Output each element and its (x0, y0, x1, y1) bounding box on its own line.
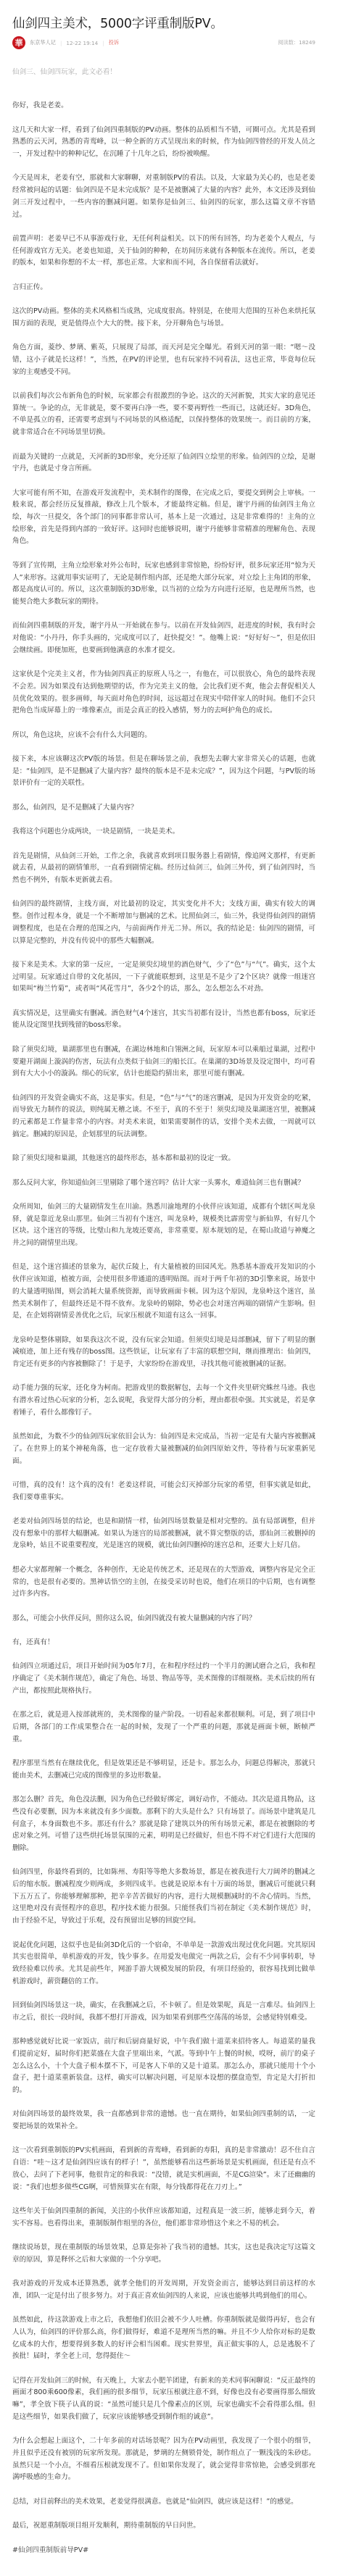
author-avatar[interactable]: 華 (12, 36, 25, 49)
paragraph: 以前我们每次公布新角色的时候，玩家都会有很激烈的争论。这次的天河新貌，其实大家的… (12, 391, 315, 439)
paragraph: 而最为关键的一点就是，天河新的3D形象，充分还原了仙剑四立绘里的形象。仙剑四的立… (12, 451, 315, 475)
paragraph: 这些年关于仙剑四重制的新闻，关注的小伙伴应该都知道，过程真是一波三折，能够走到今… (12, 2206, 315, 2230)
paragraph: 虽然如此，为数不少的仙剑四玩家依旧会认为：仙剑四是未完成品，当初一定是有大量内容… (12, 1431, 315, 1467)
avatar-glyph-icon: 華 (15, 37, 23, 49)
paragraph: 仙剑四的开发资金确实不高，这是事实。但是，“色”与“气”的迷宫删减，是因为开发资… (12, 1093, 315, 1141)
paragraph: 最后，祝愿重制版项目组开发顺利，期待重制版的早日问世。 (12, 2520, 315, 2533)
paragraph: 这一次看到重制版的PV实机画面，看到新的青鸾峰，看到新的寿阳，真的是非常激动！忍… (12, 2145, 315, 2193)
paragraph: 继续说场景，现在重制版的场景效果，总算是弥补了我当初的遗憾。其实，这也是我决定写… (12, 2242, 315, 2266)
paragraph: 我对游戏的开发成本还算熟悉，就孝全他们的开发周期，开发资金而言，能够达到目前这样… (12, 2278, 315, 2302)
paragraph: 但是，这个迷宫描述的景象为，起伏丘陵上，有大量植被的田园风光。熟悉基本游戏开发知… (12, 1262, 315, 1322)
paragraph: 除了须臾幻境和巢湖，其他迷宫的最终形态，基本都和最初的设定一致。 (12, 1153, 315, 1165)
paragraph: 动手能力强的玩家，还化身为柯南。把游戏里的数据解包，去每一个文件夹里研究蛛丝马迹… (12, 1383, 315, 1419)
paragraph: 而仙剑四重制版的开发，谢宇丹从一开始就在参与。以前在开发仙剑四，赶进度的时候，我… (12, 620, 315, 656)
paragraph: 除了须臾幻境，巢湖那里也有删减，在湖边林地和白翎洲之间，玩家原本可以乘船过巢湖，… (12, 1044, 315, 1080)
paragraph: 今天是周末，老姜有空，那就和大家聊聊，对重制版PV的看法。以及，大家最为关心的，… (12, 172, 315, 221)
paragraph: 说起优化问题，这似乎也是仙剑3D化后的一个宿命，不单单是一款游戏出现过优化问题。… (12, 1940, 315, 1988)
paragraph: 那怎么删？首先，角色没法删，因为角色已经做好绑定，调好动作，不能动。其次是道具物… (12, 1794, 315, 1855)
paragraph: 那么，可能会小伙伴反问，照你这么说，仙剑四就没有被大量删减的内容了吗？ (12, 1613, 315, 1625)
paragraph: 这次的PV动画。整体的美术风格相当成熟，完成度很高。特别是，在使用大范围的互补色… (12, 306, 315, 330)
paragraph: 有，还真有！ (12, 1637, 315, 1649)
report-link[interactable]: 投诉 (109, 39, 119, 46)
paragraph: 众所周知，仙剑三的大量剧情发生在川渝。熟悉川渝地理的小伙伴应该知道，成都有个辖区… (12, 1201, 315, 1250)
paragraph: 所以，角色这块，应该不会有什么大问题的。 (12, 730, 315, 742)
paragraph: 想必大家都理解一个概念，各种创作，无论是传统艺术，还是现在的大型游戏，调整内容是… (12, 1564, 315, 1601)
paragraph: 等到了宣传期，主角立绘形象对外公布时，玩家也感到非常惊艳，纷纷好评，很多玩家还用… (12, 560, 315, 609)
paragraph: 在那之后，就是进入按部就班的，美术图像的量产阶段。一切看起来都很顺利。可是，到了… (12, 1709, 315, 1746)
paragraph: 言归正传。 (12, 282, 315, 294)
article-meta: 華 东京华人记 | 12-22 19:14 | 投诉 阅读数：18249 (12, 36, 315, 49)
paragraph: 真实情况是，这里确实有删减。酒色财气4个迷宫，其实当初都有设计，当然也都有bos… (12, 1008, 315, 1032)
read-count-label: 阅读数： (278, 39, 299, 46)
meta-divider: | (60, 40, 62, 46)
paragraph: 回到仙剑四场景这一块，确实，在我删减之后，不卡顿了。但是效果呢，真是一言难尽。仙… (12, 2000, 315, 2024)
paragraph: 你好，我是老姜。 (12, 100, 315, 112)
paragraph: 对仙剑四场景的最终效果，我一直都感到非常的遗憾。也一直在期待，如果仙剑四重制的话… (12, 2109, 315, 2133)
article-title: 仙剑四主美术，5000字评重制版PV。 (12, 15, 315, 33)
paragraph: 可惜，真的没有！这个真的没有！老姜这样说，可能会幻灭掉部分玩家的希望，但事实就是… (12, 1480, 315, 1504)
paragraph: 程序那里当然有在继续优化，但是效果还是不够明显，还是卡。那怎么办，问题总得解决，… (12, 1758, 315, 1782)
article: 仙剑四主美术，5000字评重制版PV。 華 东京华人记 | 12-22 19:1… (0, 15, 348, 2576)
article-body: 你好，我是老姜。 这几天和大家一样，看到了仙剑四重制版的PV动画。整体的品质相当… (12, 100, 315, 2556)
paragraph: 总结，对目前释出的美术效果，老姜觉得很满意。也就是“仙剑四，就应该是这样！”的感… (12, 2496, 315, 2509)
paragraph: 仙剑四里，你最终看到的，比如陈州、寿阳等等绝大多数场景，都是在被我进行大刀阔斧的… (12, 1867, 315, 1927)
paragraph: 虽然如此，待这款游戏上市之后，我想他们依旧会被不少人吐槽。你重制版就是做得再好，… (12, 2314, 315, 2363)
paragraph: 接下来是美术。大家的第一反应，一定是须臾幻境里的酒色财气，少了“色”与“气”。确… (12, 959, 315, 996)
paragraph: 龙泉岭是整体剔除，如果我这次不说，没有玩家会知道。但须臾幻境是局部删减，留下了明… (12, 1335, 315, 1371)
paragraph: 那种感觉就好比说一家饭店，前厅和后厨商量好说，中午我们做十道菜来招待客人。每道菜… (12, 2036, 315, 2097)
paragraph: 仙剑四立项通过后，项目开始时间为05年7月，在和程序经过约一个半月的测试磨合之后… (12, 1661, 315, 1697)
topic-hashtag-link[interactable]: #仙剑四重制版前导PV# (12, 2545, 315, 2557)
paragraph: 大家可能有所不知，在游戏开发流程中，美术制作的图像，在完成之后，要提交到例会上审… (12, 488, 315, 549)
paragraph: 为什么会想起上面这个，二十年多前的对话场景呢？因为在PV动画里，我发现了一个很小… (12, 2435, 315, 2484)
paragraph: 这几天和大家一样，看到了仙剑四重制版的PV动画。整体的品质相当不错，可圈可点。尤… (12, 125, 315, 161)
paragraph: 那么反问大家，你知道仙剑三里剔除了哪个迷宫吗？估计大家一头雾水，难道仙剑三也有删… (12, 1177, 315, 1190)
publish-date: 12-22 19:14 (66, 40, 98, 46)
paragraph: 接下来，本应该聊这次PV版的场景。但是在聊场景之前，我想先去聊大家非常关心的话题… (12, 754, 315, 790)
paragraph: 这家伙是个完美主义者，作为仙剑四真正的原班人马之一，有他在，可以很放心，角色的最… (12, 669, 315, 717)
read-count-value: 18249 (299, 39, 315, 46)
paragraph: 我将这个问题也分成两块，一块是剧情，一块是美术。 (12, 826, 315, 838)
paragraph: 记得在开发仙剑三的时候，有天晚上，大家去小肥羊团建，有新来的美术同事闲聊说：“反… (12, 2375, 315, 2424)
paragraph: 首先是剧情，从仙剑三开始，工作之余，我就喜欢到项目服务器上看剧情，像追网文那样，… (12, 851, 315, 887)
paragraph: 老姜对仙剑四场景的结论，也是和剧情一样，仙剑四场景数量是相对完整的。虽有局部调整… (12, 1516, 315, 1552)
paragraph: 那么，仙剑四，是不是删减了大量内容？ (12, 802, 315, 814)
read-count: 阅读数：18249 (278, 39, 315, 46)
paragraph: 仙剑四的最终剧情，主线方面，对比最初的设定，其实变化并不大；支线方面，确实有较大… (12, 899, 315, 947)
article-summary: 仙剑三、仙剑四玩家，此文必看！ (12, 67, 315, 79)
meta-divider: | (102, 40, 104, 46)
author-name-link[interactable]: 东京华人记 (30, 39, 56, 46)
paragraph: 前置声明：老姜早已不从事游戏行业，无任何利益相关。以下的所有回答，均为老姜个人观… (12, 233, 315, 270)
paragraph: 角色方面，菱纱、梦璃、紫英，只展现了局部，而天河是完全曝光。看到天河的第一眼：“… (12, 342, 315, 378)
